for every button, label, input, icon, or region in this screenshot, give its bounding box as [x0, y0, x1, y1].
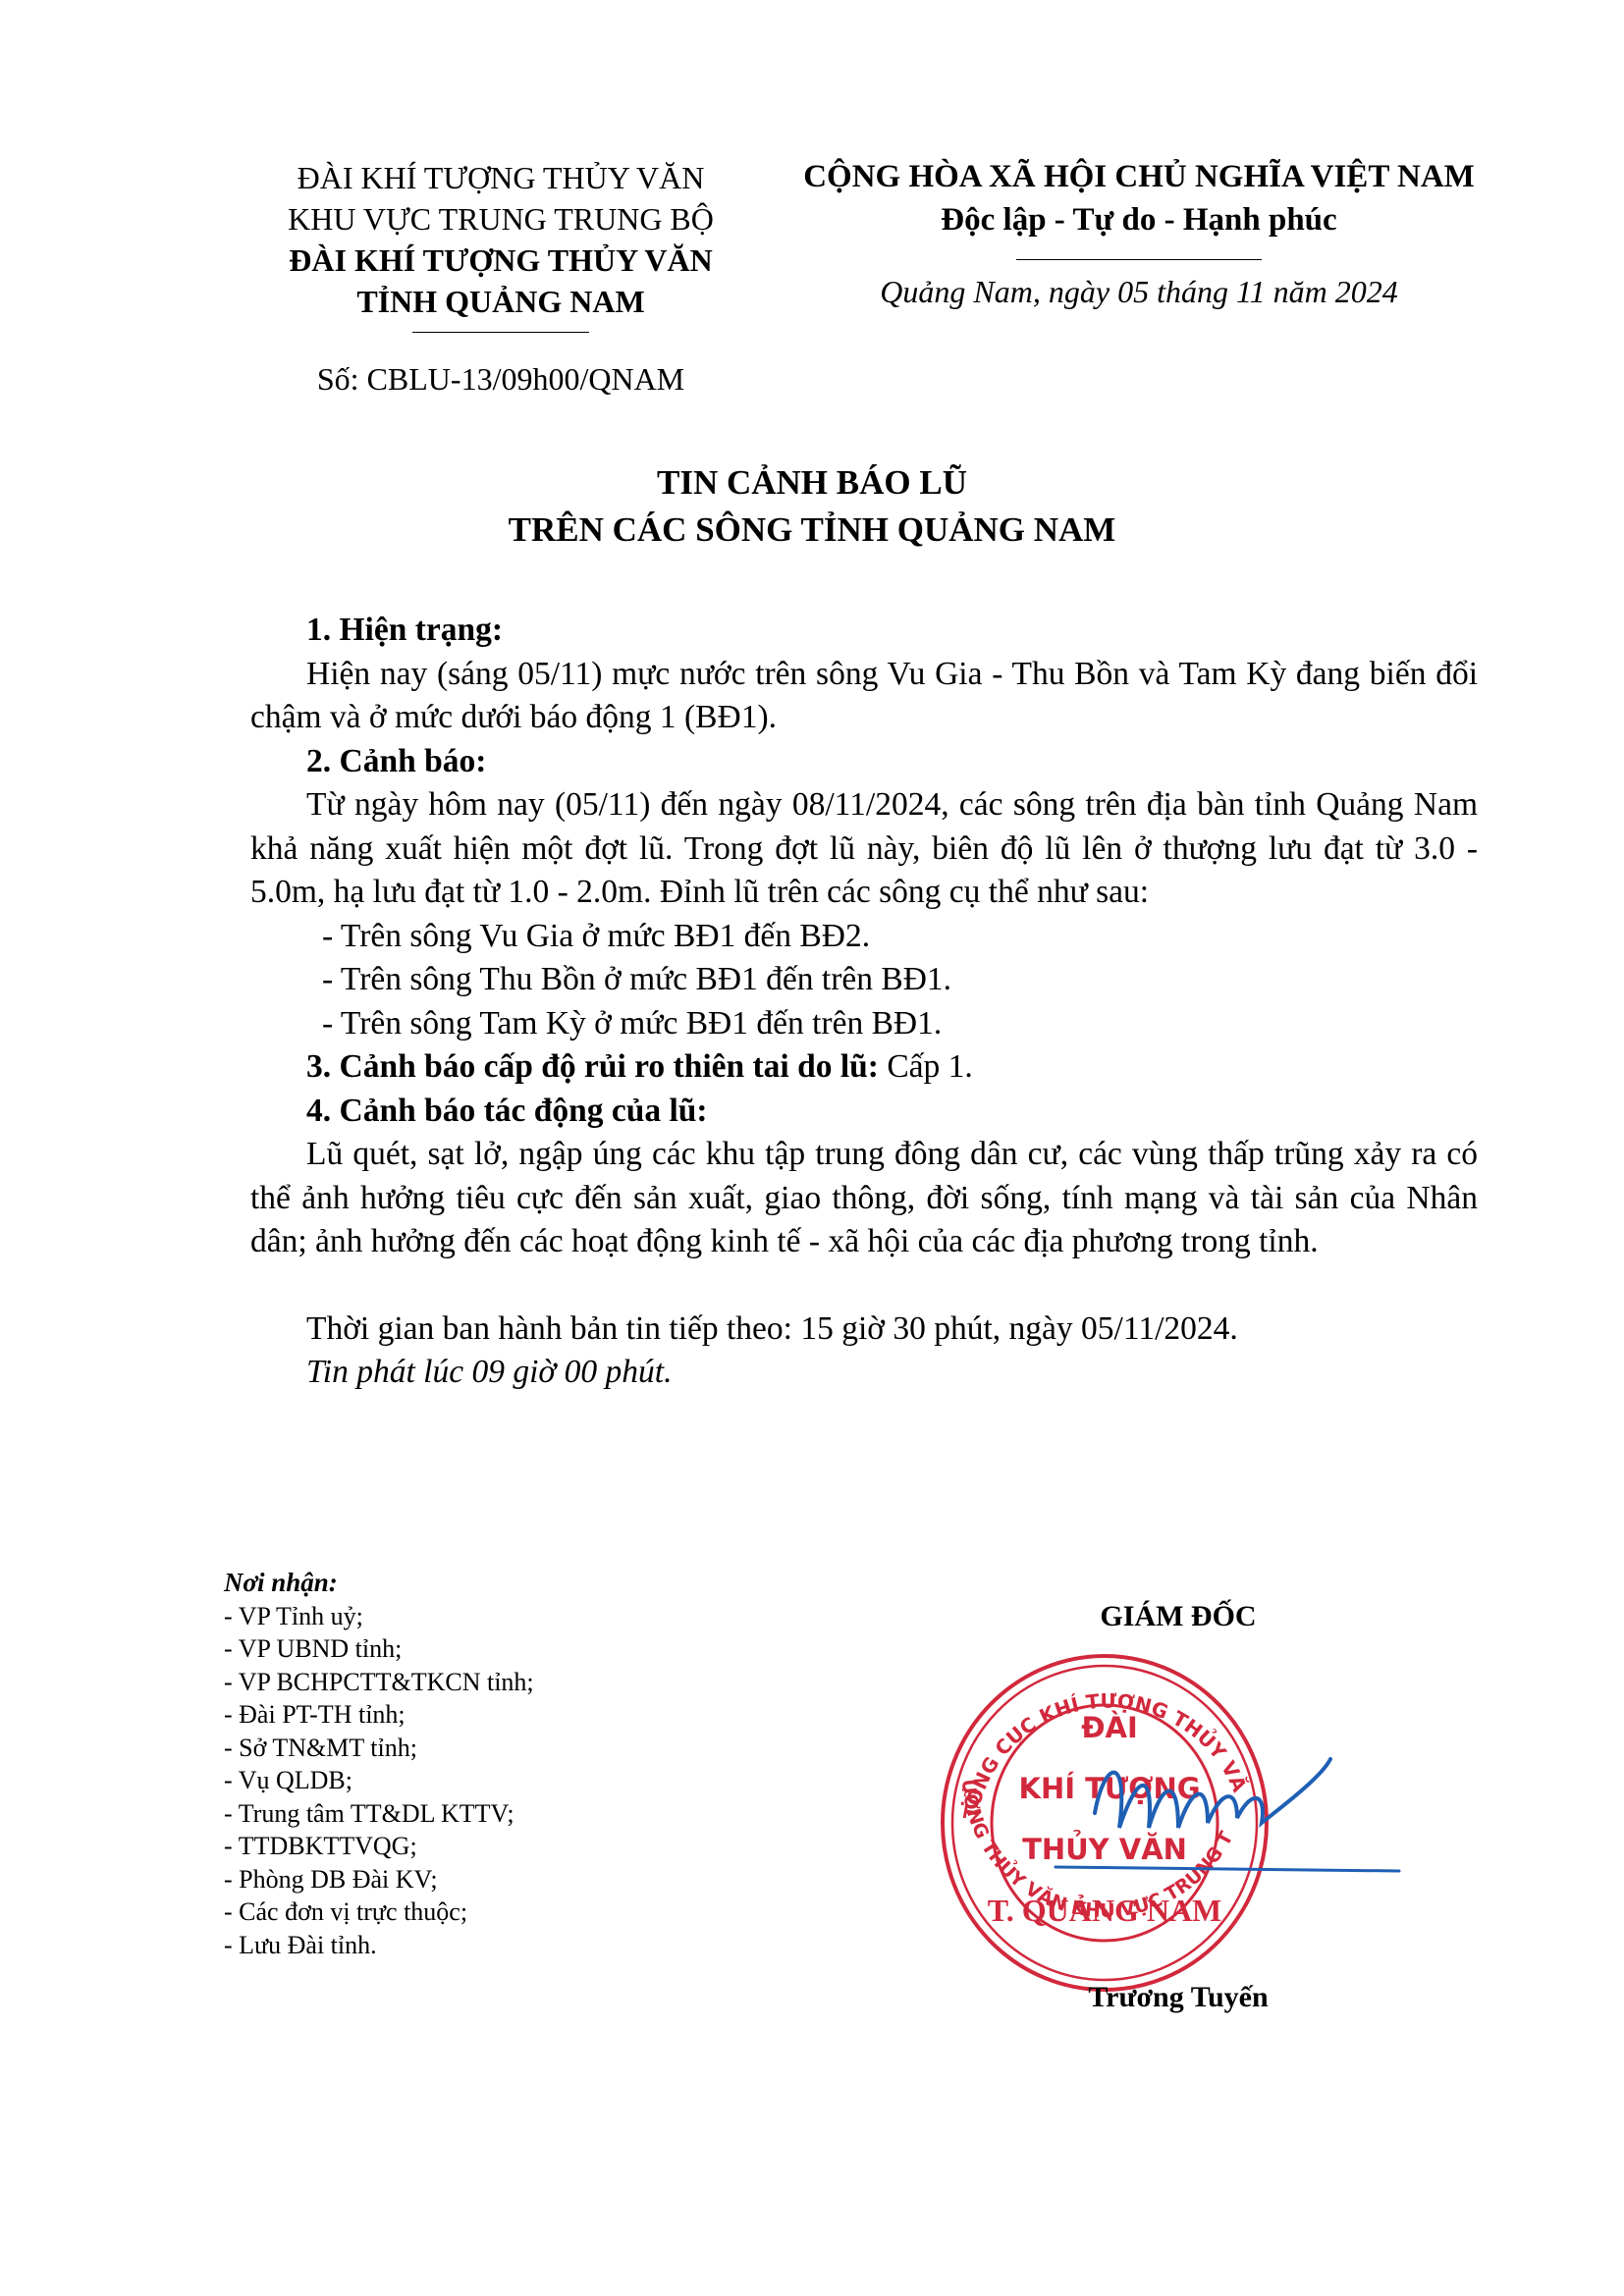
- section-text: Lũ quét, sạt lở, ngập úng các khu tập tr…: [250, 1133, 1478, 1264]
- agency-bold-line: ĐÀI KHÍ TƯỢNG THỦY VĂN: [226, 240, 776, 281]
- issued-time: Tin phát lúc 09 giờ 00 phút.: [250, 1351, 1478, 1395]
- place-date: Quảng Nam, ngày 05 tháng 11 năm 2024: [766, 270, 1512, 313]
- recipient-item: - VP Tỉnh uỷ;: [224, 1600, 676, 1633]
- seal-and-signature-icon: ★ TỔNG CỤC KHÍ TƯỢNG THỦY VĂN ĐÀI KHÍ TƯ…: [908, 1641, 1419, 1995]
- official-seal: ★ TỔNG CỤC KHÍ TƯỢNG THỦY VĂN ĐÀI KHÍ TƯ…: [908, 1641, 1419, 1995]
- recipient-item: - VP UBND tỉnh;: [224, 1632, 676, 1666]
- risk-level-value: Cấp 1.: [879, 1048, 973, 1085]
- document-number: Số: CBLU-13/09h00/QNAM: [226, 358, 776, 400]
- document-title: TIN CẢNH BÁO LŨ TRÊN CÁC SÔNG TỈNH QUẢNG…: [295, 459, 1329, 554]
- svg-text:T. QUẢNG NAM: T. QUẢNG NAM: [988, 1893, 1222, 1928]
- recipient-item: - Sở TN&MT tỉnh;: [224, 1732, 676, 1765]
- nation-name: CỘNG HÒA XÃ HỘI CHỦ NGHĨA VIỆT NAM: [766, 155, 1512, 198]
- svg-text:ĐÀI: ĐÀI: [1081, 1711, 1138, 1744]
- agency-bold-line: TỈNH QUẢNG NAM: [226, 281, 776, 322]
- recipient-item: - Lưu Đài tỉnh.: [224, 1929, 676, 1962]
- issuing-agency-block: ĐÀI KHÍ TƯỢNG THỦY VĂN KHU VỰC TRUNG TRU…: [226, 157, 776, 400]
- title-line: TIN CẢNH BÁO LŨ: [295, 459, 1329, 507]
- recipient-item: - Các đơn vị trực thuộc;: [224, 1896, 676, 1929]
- list-item: - Trên sông Tam Kỳ ở mức BĐ1 đến trên BĐ…: [250, 1002, 1478, 1046]
- agency-line: KHU VỰC TRUNG TRUNG BỘ: [226, 198, 776, 240]
- recipient-item: - Vụ QLDB;: [224, 1764, 676, 1797]
- risk-level-line: 3. Cảnh báo cấp độ rủi ro thiên tai do l…: [250, 1045, 1478, 1090]
- section-heading: 2. Cảnh báo:: [250, 740, 1478, 784]
- recipient-item: - TTDBKTTVQG;: [224, 1830, 676, 1863]
- recipient-item: - Trung tâm TT&DL KTTV;: [224, 1797, 676, 1831]
- agency-line: ĐÀI KHÍ TƯỢNG THỦY VĂN: [226, 157, 776, 198]
- signer-name: Trương Tuyến: [1021, 1981, 1335, 2014]
- divider: [1016, 259, 1262, 260]
- signer-position: GIÁM ĐỐC: [1041, 1600, 1316, 1633]
- section-heading: 3. Cảnh báo cấp độ rủi ro thiên tai do l…: [306, 1048, 879, 1085]
- recipient-item: - VP BCHPCTT&TKCN tỉnh;: [224, 1666, 676, 1699]
- recipients-list: - VP Tỉnh uỷ;- VP UBND tỉnh;- VP BCHPCTT…: [224, 1600, 676, 1962]
- next-issue-time: Thời gian ban hành bản tin tiếp theo: 15…: [250, 1308, 1478, 1352]
- motto: Độc lập - Tự do - Hạnh phúc: [766, 198, 1512, 241]
- recipients-label: Nơi nhận:: [224, 1567, 676, 1600]
- recipient-item: - Phòng DB Đài KV;: [224, 1863, 676, 1896]
- section-text: Từ ngày hôm nay (05/11) đến ngày 08/11/2…: [250, 783, 1478, 915]
- list-item: - Trên sông Vu Gia ở mức BĐ1 đến BĐ2.: [250, 915, 1478, 959]
- document-body: 1. Hiện trạng: Hiện nay (sáng 05/11) mực…: [250, 609, 1478, 1395]
- svg-text:THỦY VĂN: THỦY VĂN: [1022, 1829, 1187, 1866]
- list-item: - Trên sông Thu Bồn ở mức BĐ1 đến trên B…: [250, 958, 1478, 1002]
- national-header: CỘNG HÒA XÃ HỘI CHỦ NGHĨA VIỆT NAM Độc l…: [766, 155, 1512, 313]
- divider: [412, 332, 589, 333]
- recipient-item: - Đài PT-TH tỉnh;: [224, 1698, 676, 1732]
- title-line: TRÊN CÁC SÔNG TỈNH QUẢNG NAM: [295, 507, 1329, 554]
- section-heading: 4. Cảnh báo tác động của lũ:: [250, 1090, 1478, 1134]
- section-text: Hiện nay (sáng 05/11) mực nước trên sông…: [250, 653, 1478, 740]
- recipients-block: Nơi nhận: - VP Tỉnh uỷ;- VP UBND tỉnh;- …: [224, 1567, 676, 1961]
- section-heading: 1. Hiện trạng:: [250, 609, 1478, 653]
